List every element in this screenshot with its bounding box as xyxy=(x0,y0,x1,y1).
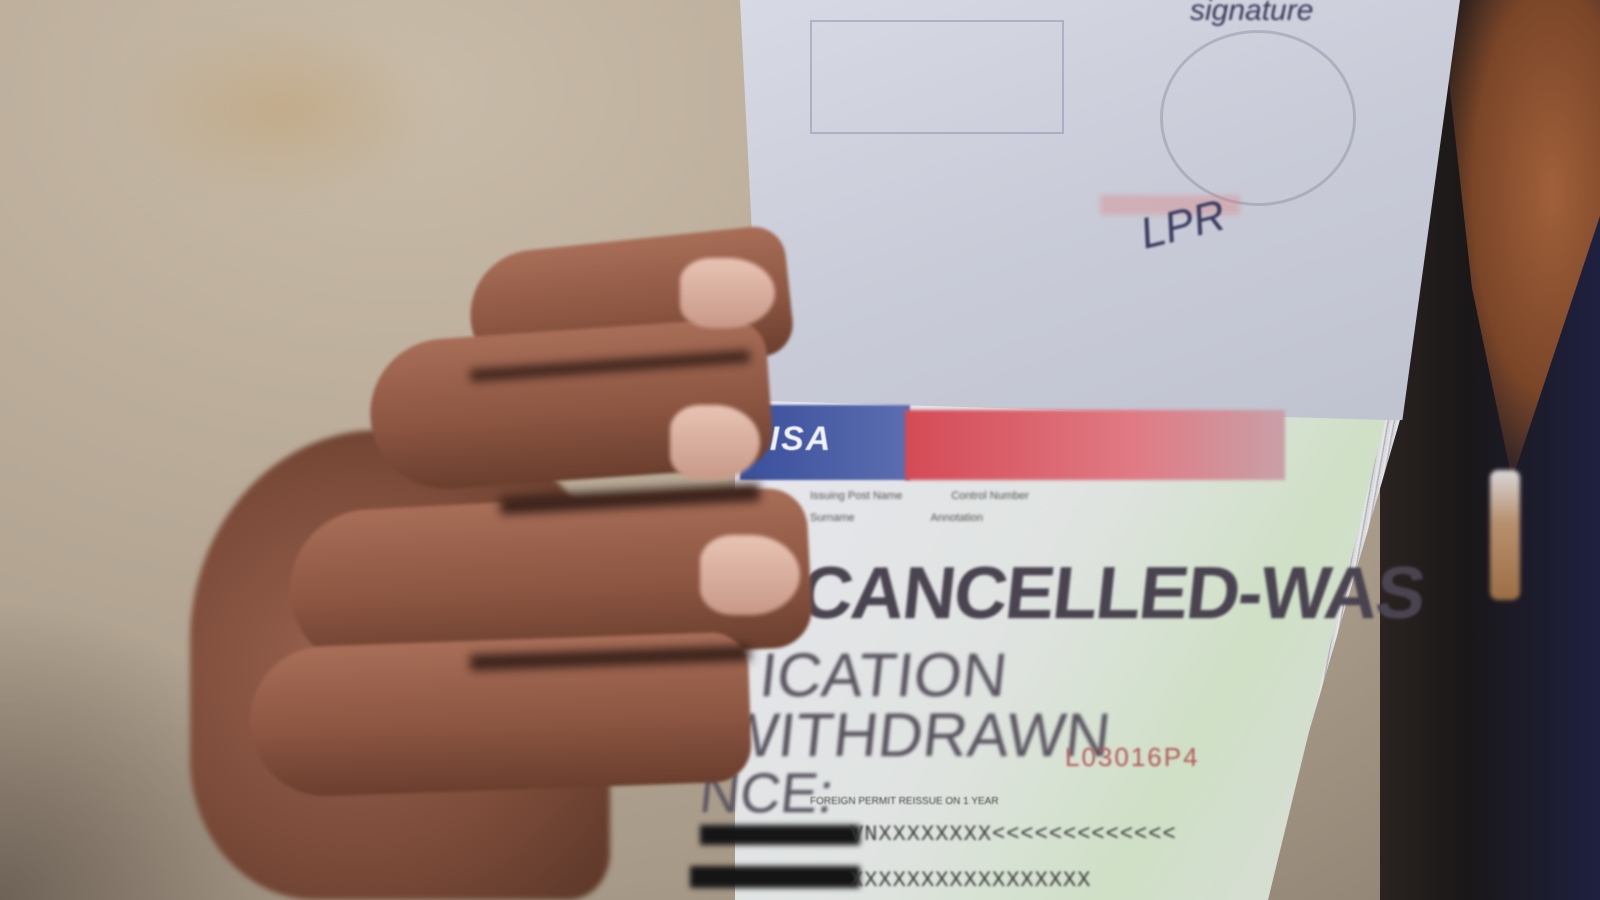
visa-red-number: L03016P4 xyxy=(1065,742,1200,773)
mrz-line-2: XXXXXXXXXXXXXXXXX xyxy=(850,868,1091,893)
background-blur xyxy=(120,20,440,200)
mrz-line-1: VNXXXXXXXX<<<<<<<<<<<<< xyxy=(850,822,1177,847)
visa-red-band xyxy=(905,410,1285,480)
entry-stamp xyxy=(810,20,1064,134)
redaction-bar xyxy=(700,825,860,845)
seal-stamp xyxy=(1160,30,1356,206)
signature-text: signature xyxy=(1190,0,1313,28)
visa-fields: Issuing Post Name Control Number Surname… xyxy=(810,485,1230,529)
fingernail xyxy=(670,405,760,480)
visa-field-label: Surname xyxy=(810,512,855,524)
visa-field-label: Annotation xyxy=(930,512,983,524)
cancel-stamp-line1: CANCELLED-WAS xyxy=(797,560,1427,626)
pendant xyxy=(1490,470,1520,600)
redaction-bar xyxy=(690,866,860,888)
fingernail xyxy=(680,258,775,328)
visa-field-label: Control Number xyxy=(951,490,1029,502)
visa-annotation-line: FOREIGN PERMIT REISSUE ON 1 YEAR xyxy=(810,796,999,807)
fingernail xyxy=(700,535,800,615)
visa-field-label: Issuing Post Name xyxy=(810,490,902,502)
